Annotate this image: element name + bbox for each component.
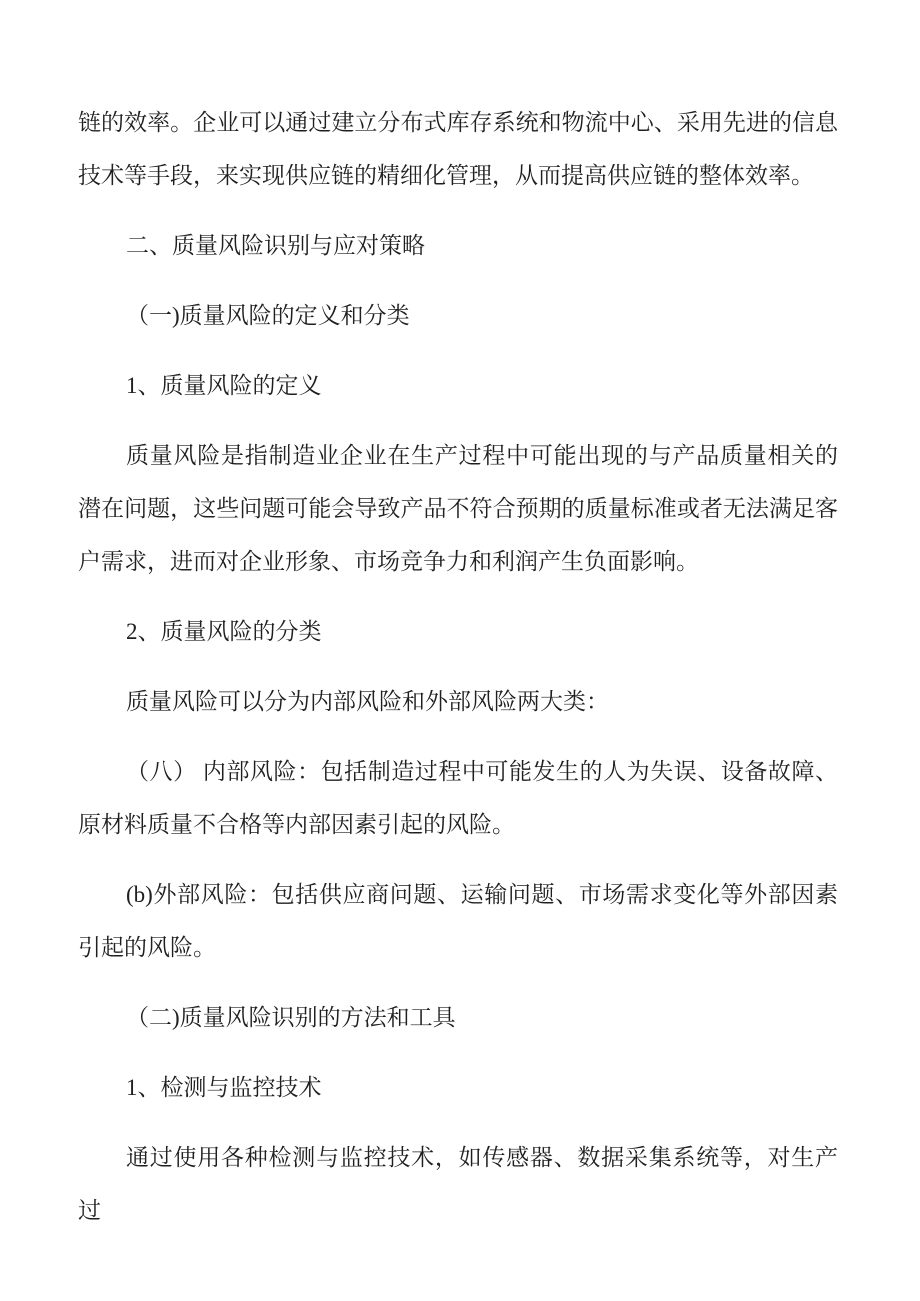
paragraph-external-risk-item: (b)外部风险：包括供应商问题、运输问题、市场需求变化等外部因素引起的风险。 bbox=[78, 868, 838, 974]
heading-identification-methods-tools: （二)质量风险识别的方法和工具 bbox=[78, 991, 838, 1044]
paragraph-detection-monitoring-body: 通过使用各种检测与监控技术，如传感器、数据采集系统等，对生产过 bbox=[78, 1131, 838, 1237]
heading-quality-risk-classification: 2、质量风险的分类 bbox=[78, 605, 838, 658]
heading-quality-risk-definition: 1、质量风险的定义 bbox=[78, 359, 838, 412]
heading-detection-monitoring-tech: 1、检测与监控技术 bbox=[78, 1061, 838, 1114]
paragraph-risk-two-categories-intro: 质量风险可以分为内部风险和外部风险两大类： bbox=[78, 675, 838, 728]
paragraph-quality-risk-definition-body: 质量风险是指制造业企业在生产过程中可能出现的与产品质量相关的潜在问题，这些问题可… bbox=[78, 429, 838, 588]
paragraph-supply-chain-efficiency: 链的效率。企业可以通过建立分布式库存系统和物流中心、采用先进的信息技术等手段，来… bbox=[78, 96, 838, 202]
heading-section-two-quality-risk: 二、质量风险识别与应对策略 bbox=[78, 219, 838, 272]
document-page: 链的效率。企业可以通过建立分布式库存系统和物流中心、采用先进的信息技术等手段，来… bbox=[0, 0, 920, 1301]
heading-definition-and-classification: （一)质量风险的定义和分类 bbox=[78, 289, 838, 342]
paragraph-internal-risk-item: （八） 内部风险：包括制造过程中可能发生的人为失误、设备故障、原材料质量不合格等… bbox=[78, 745, 838, 851]
